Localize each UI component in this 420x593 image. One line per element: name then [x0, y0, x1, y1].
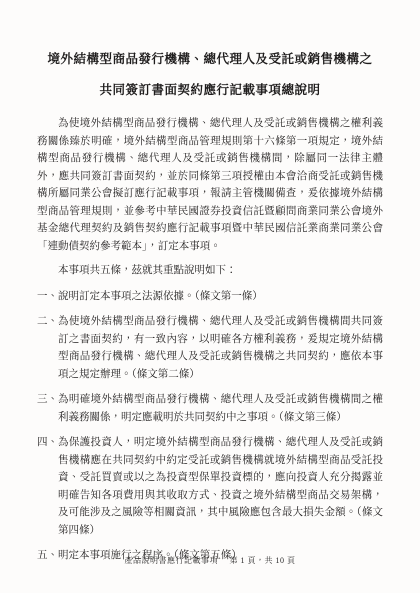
list-item-number: 二、	[37, 313, 58, 383]
page-footer: 產品說明書應行記載事項 第 1 頁，共 10 頁	[0, 555, 420, 566]
list-item-text: 說明訂定本事項之法源依據。（條文第一條）	[58, 288, 383, 306]
list-item-number: 一、	[37, 288, 58, 306]
document-page: 境外結構型商品發行機構、總代理人及受託或銷售機構之 共同簽訂書面契約應行記載事項…	[0, 0, 420, 593]
footer-document-label: 產品說明書應行記載事項	[125, 556, 219, 565]
list-item-text: 為保護投資人，明定境外結構型商品發行機構、總代理人及受託或銷售機構應在共同契約中…	[58, 434, 383, 539]
list-intro-paragraph: 本事項共五條，茲就其重點說明如下：	[37, 262, 383, 280]
intro-paragraph: 為使境外結構型商品發行機構、總代理人及受託或銷售機構之權利義務關係臻於明確，境外…	[37, 115, 383, 255]
list-item-text: 為明確境外結構型商品發行機構、總代理人及受託或銷售機構間之權利義務關係，明定應載…	[58, 391, 383, 426]
document-body: 為使境外結構型商品發行機構、總代理人及受託或銷售機構之權利義務關係臻於明確，境外…	[37, 115, 383, 565]
list-item-number: 三、	[37, 391, 58, 426]
document-title: 境外結構型商品發行機構、總代理人及受託或銷售機構之 共同簽訂書面契約應行記載事項…	[37, 44, 383, 106]
document-title-line2: 共同簽訂書面契約應行記載事項總說明	[37, 75, 383, 106]
list-item-number: 四、	[37, 434, 58, 539]
document-title-line1: 境外結構型商品發行機構、總代理人及受託或銷售機構之	[37, 44, 383, 75]
list-item: 四、 為保護投資人，明定境外結構型商品發行機構、總代理人及受託或銷售機構應在共同…	[37, 434, 383, 539]
list-item-text: 為使境外結構型商品發行機構、總代理人及受託或銷售機構間共同簽訂之書面契約，有一致…	[58, 313, 383, 383]
list-item: 三、 為明確境外結構型商品發行機構、總代理人及受託或銷售機構間之權利義務關係，明…	[37, 391, 383, 426]
list-item: 二、 為使境外結構型商品發行機構、總代理人及受託或銷售機構間共同簽訂之書面契約，…	[37, 313, 383, 383]
footer-page-number: 第 1 頁，共 10 頁	[230, 556, 296, 565]
list-item: 一、 說明訂定本事項之法源依據。（條文第一條）	[37, 288, 383, 306]
